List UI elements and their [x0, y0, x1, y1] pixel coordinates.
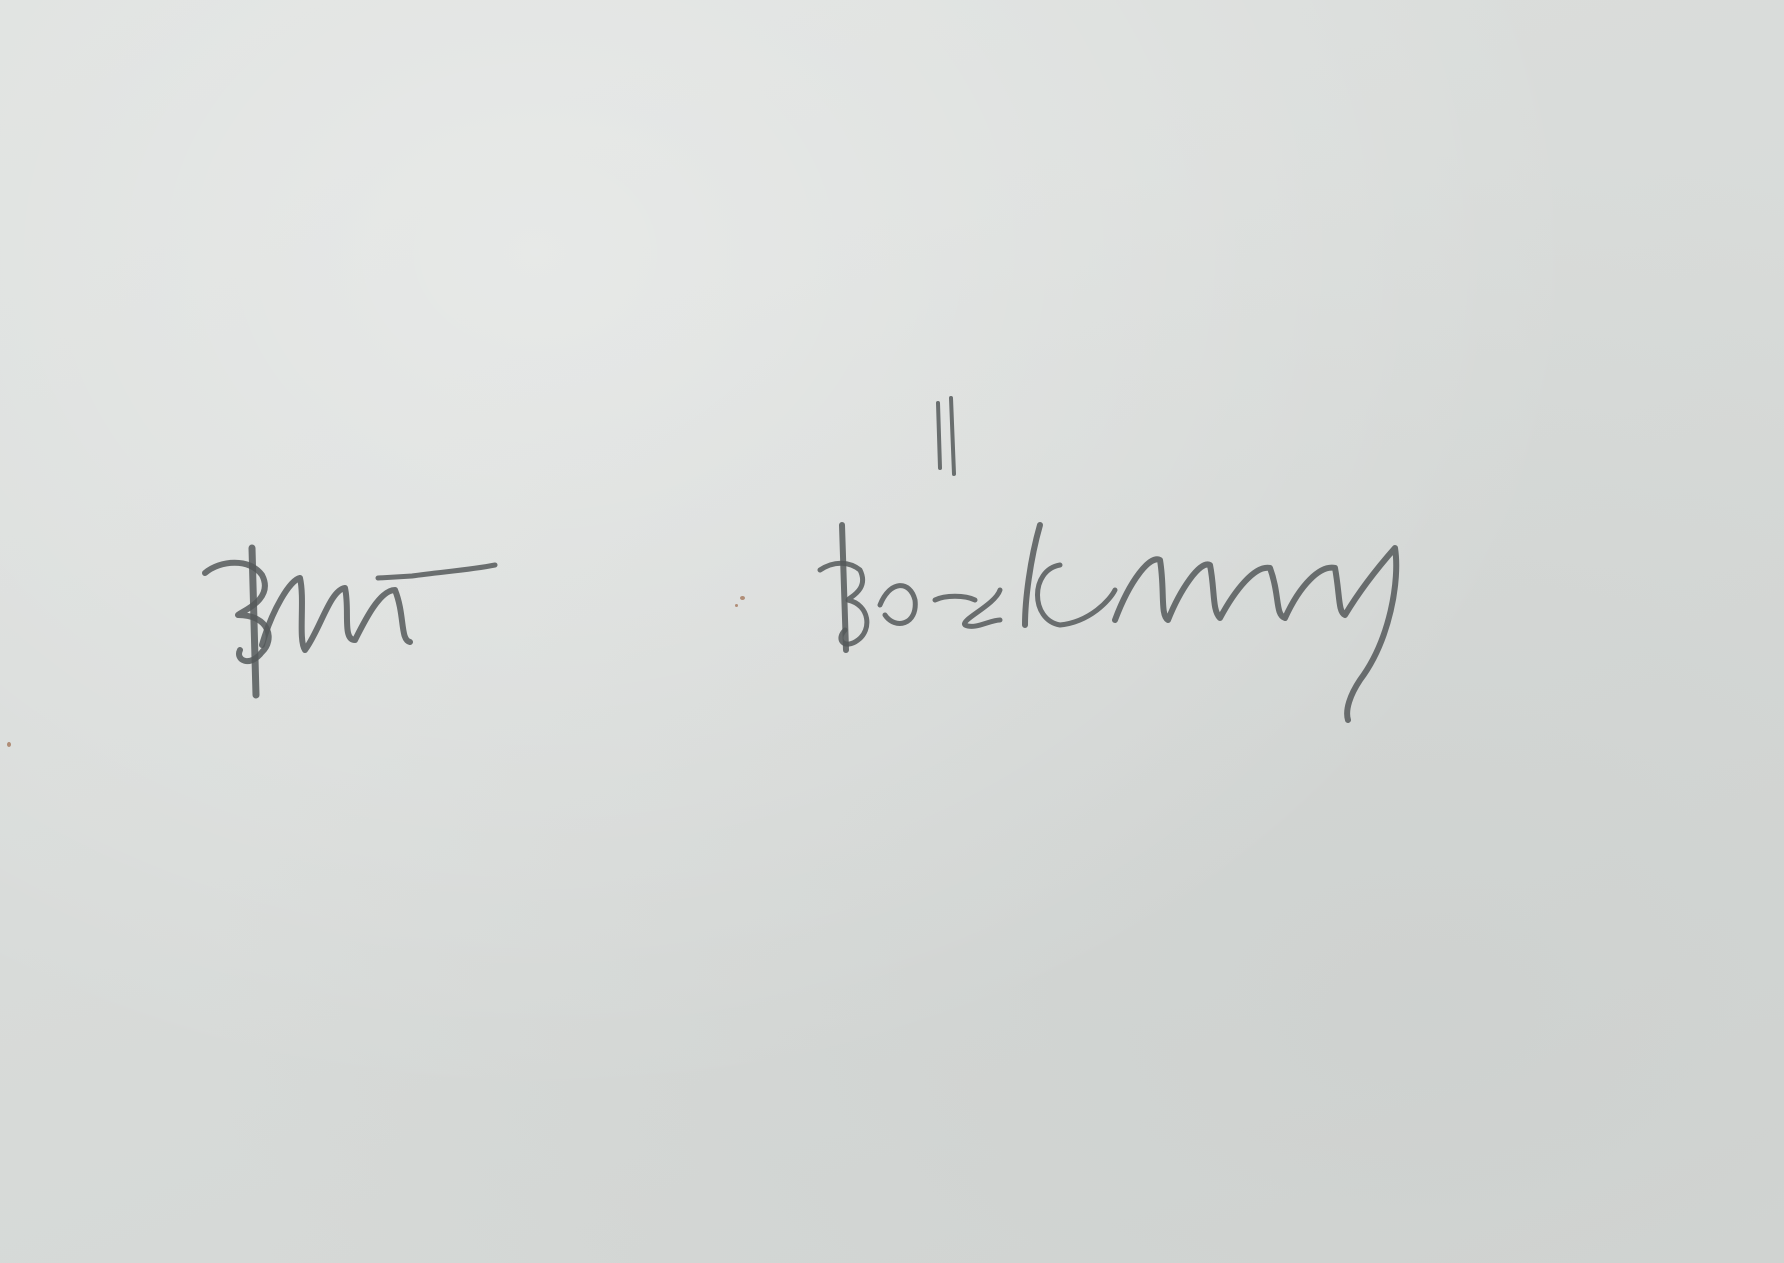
signature [0, 0, 1784, 1263]
paper-speck [740, 596, 745, 600]
paper-speck [7, 742, 11, 747]
paper-speck [735, 604, 738, 607]
